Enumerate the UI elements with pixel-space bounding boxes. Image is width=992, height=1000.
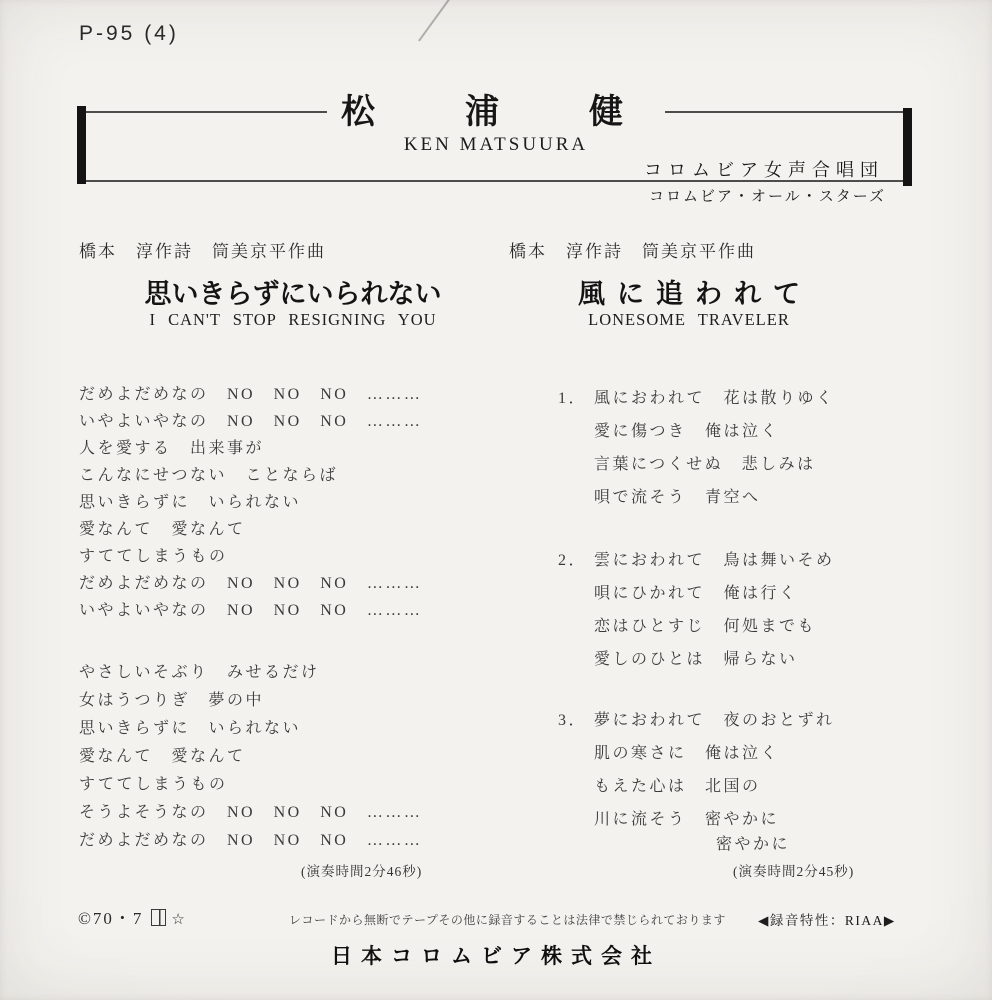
lyric-line: 思いきらずに いられない [79,489,422,516]
lyric-line: 思いきらずに いられない [79,715,422,743]
chorus-group-line1: コロムビア女声合唱団 [644,156,884,182]
side-b-echo-line: 密やかに [716,828,790,861]
lyric-line: すててしまうもの [79,771,422,799]
lyric-line: いやよいやなの NO NO NO ……… [79,408,422,435]
side-a-title-japanese: 思いきらずにいられない [145,272,442,311]
lyric-line: 恋はひとすじ 何処までも [594,610,835,643]
publisher-box-mark [151,909,166,926]
lyric-line: 愛に傷つき 俺は泣く [594,415,835,448]
lyric-line: こんなにせつない ことならば [79,462,422,489]
lyric-line: だめよだめなの NO NO NO ……… [79,381,422,408]
legal-notice: レコードから無断でテープその他に録音することは法律で禁じられております [289,911,726,928]
scan-scratch-artifact [418,0,454,42]
lyric-line: 言葉につくせぬ 悲しみは [594,448,835,481]
artist-name-japanese: 松 浦 健 [327,84,665,133]
verse-number: 1． [558,382,594,415]
artist-name-english: KEN MATSUURA [404,134,588,156]
chorus-group-line2: コロムビア・オール・スターズ [649,185,886,206]
lyric-line: いやよいやなの NO NO NO ……… [79,597,422,624]
lyric-line: 川に流そう 密やかに [594,803,835,836]
verse-number: 2． [558,544,594,577]
copyright-row: ©70・7☆ [78,904,185,929]
side-b-credits: 橋本 淳作詩 筒美京平作曲 [509,237,756,262]
recording-characteristic-label: ◀録音特性：RIAA▶ [758,909,896,929]
lyric-line: だめよだめなの NO NO NO ……… [79,570,422,597]
lyric-line: 夢におわれて 夜のおとずれ [594,704,835,737]
catalog-number: P-95 (4) [79,22,179,46]
frame-left-bar [77,106,86,184]
side-a-lyrics-stanza-1: だめよだめなの NO NO NO ……… いやよいやなの NO NO NO ……… [79,381,422,624]
side-b-verse-1: 1． 風におわれて 花は散りゆく 愛に傷つき 俺は泣く 言葉につくせぬ 悲しみは… [558,382,835,514]
lyric-line: 唄で流そう 青空へ [594,481,835,514]
lyric-line: すててしまうもの [79,543,422,570]
side-b-title-english: LONESOME TRAVELER [588,310,790,330]
lyric-line: 人を愛する 出来事が [79,435,422,462]
lyric-line: 愛なんて 愛なんて [79,743,422,771]
lyric-line: 愛しのひとは 帰らない [594,643,835,676]
lyric-line: もえた心は 北国の [594,770,835,803]
side-a-lyrics-stanza-2: やさしいそぶり みせるだけ 女はうつりぎ 夢の中 思いきらずに いられない 愛な… [79,659,422,855]
verse-number: 3． [558,704,594,737]
lyric-line: 肌の寒さに 俺は泣く [594,737,835,770]
company-name: 日本コロムビア株式会社 [331,940,661,970]
lyric-line: 女はうつりぎ 夢の中 [79,687,422,715]
side-b-verse-3: 3． 夢におわれて 夜のおとずれ 肌の寒さに 俺は泣く もえた心は 北国の 川に… [558,704,835,836]
side-b-title-japanese: 風に追われて [578,272,812,311]
lyric-line: 愛なんて 愛なんて [79,516,422,543]
star-mark: ☆ [171,912,184,928]
lyric-line: やさしいそぶり みせるだけ [79,659,422,687]
side-b-duration: (演奏時間2分45秒) [733,860,854,880]
record-sleeve-back: P-95 (4) 松 浦 健 KEN MATSUURA コロムビア女声合唱団 コ… [0,0,992,1000]
lyric-line: そうよそうなの NO NO NO ……… [79,799,422,827]
frame-right-bar [903,108,912,186]
side-a-credits: 橋本 淳作詩 筒美京平作曲 [79,237,326,262]
side-b-verse-2: 2． 雲におわれて 鳥は舞いそめ 唄にひかれて 俺は行く 恋はひとすじ 何処まで… [558,544,835,676]
lyric-line: だめよだめなの NO NO NO ……… [79,827,422,855]
copyright-date: ©70・7 [78,909,143,928]
side-a-duration: (演奏時間2分46秒) [301,860,422,880]
side-a-title-english: I CAN'T STOP RESIGNING YOU [149,310,436,330]
lyric-line: 雲におわれて 鳥は舞いそめ [594,544,835,577]
lyric-line: 唄にひかれて 俺は行く [594,577,835,610]
lyric-line: 風におわれて 花は散りゆく [594,382,835,415]
